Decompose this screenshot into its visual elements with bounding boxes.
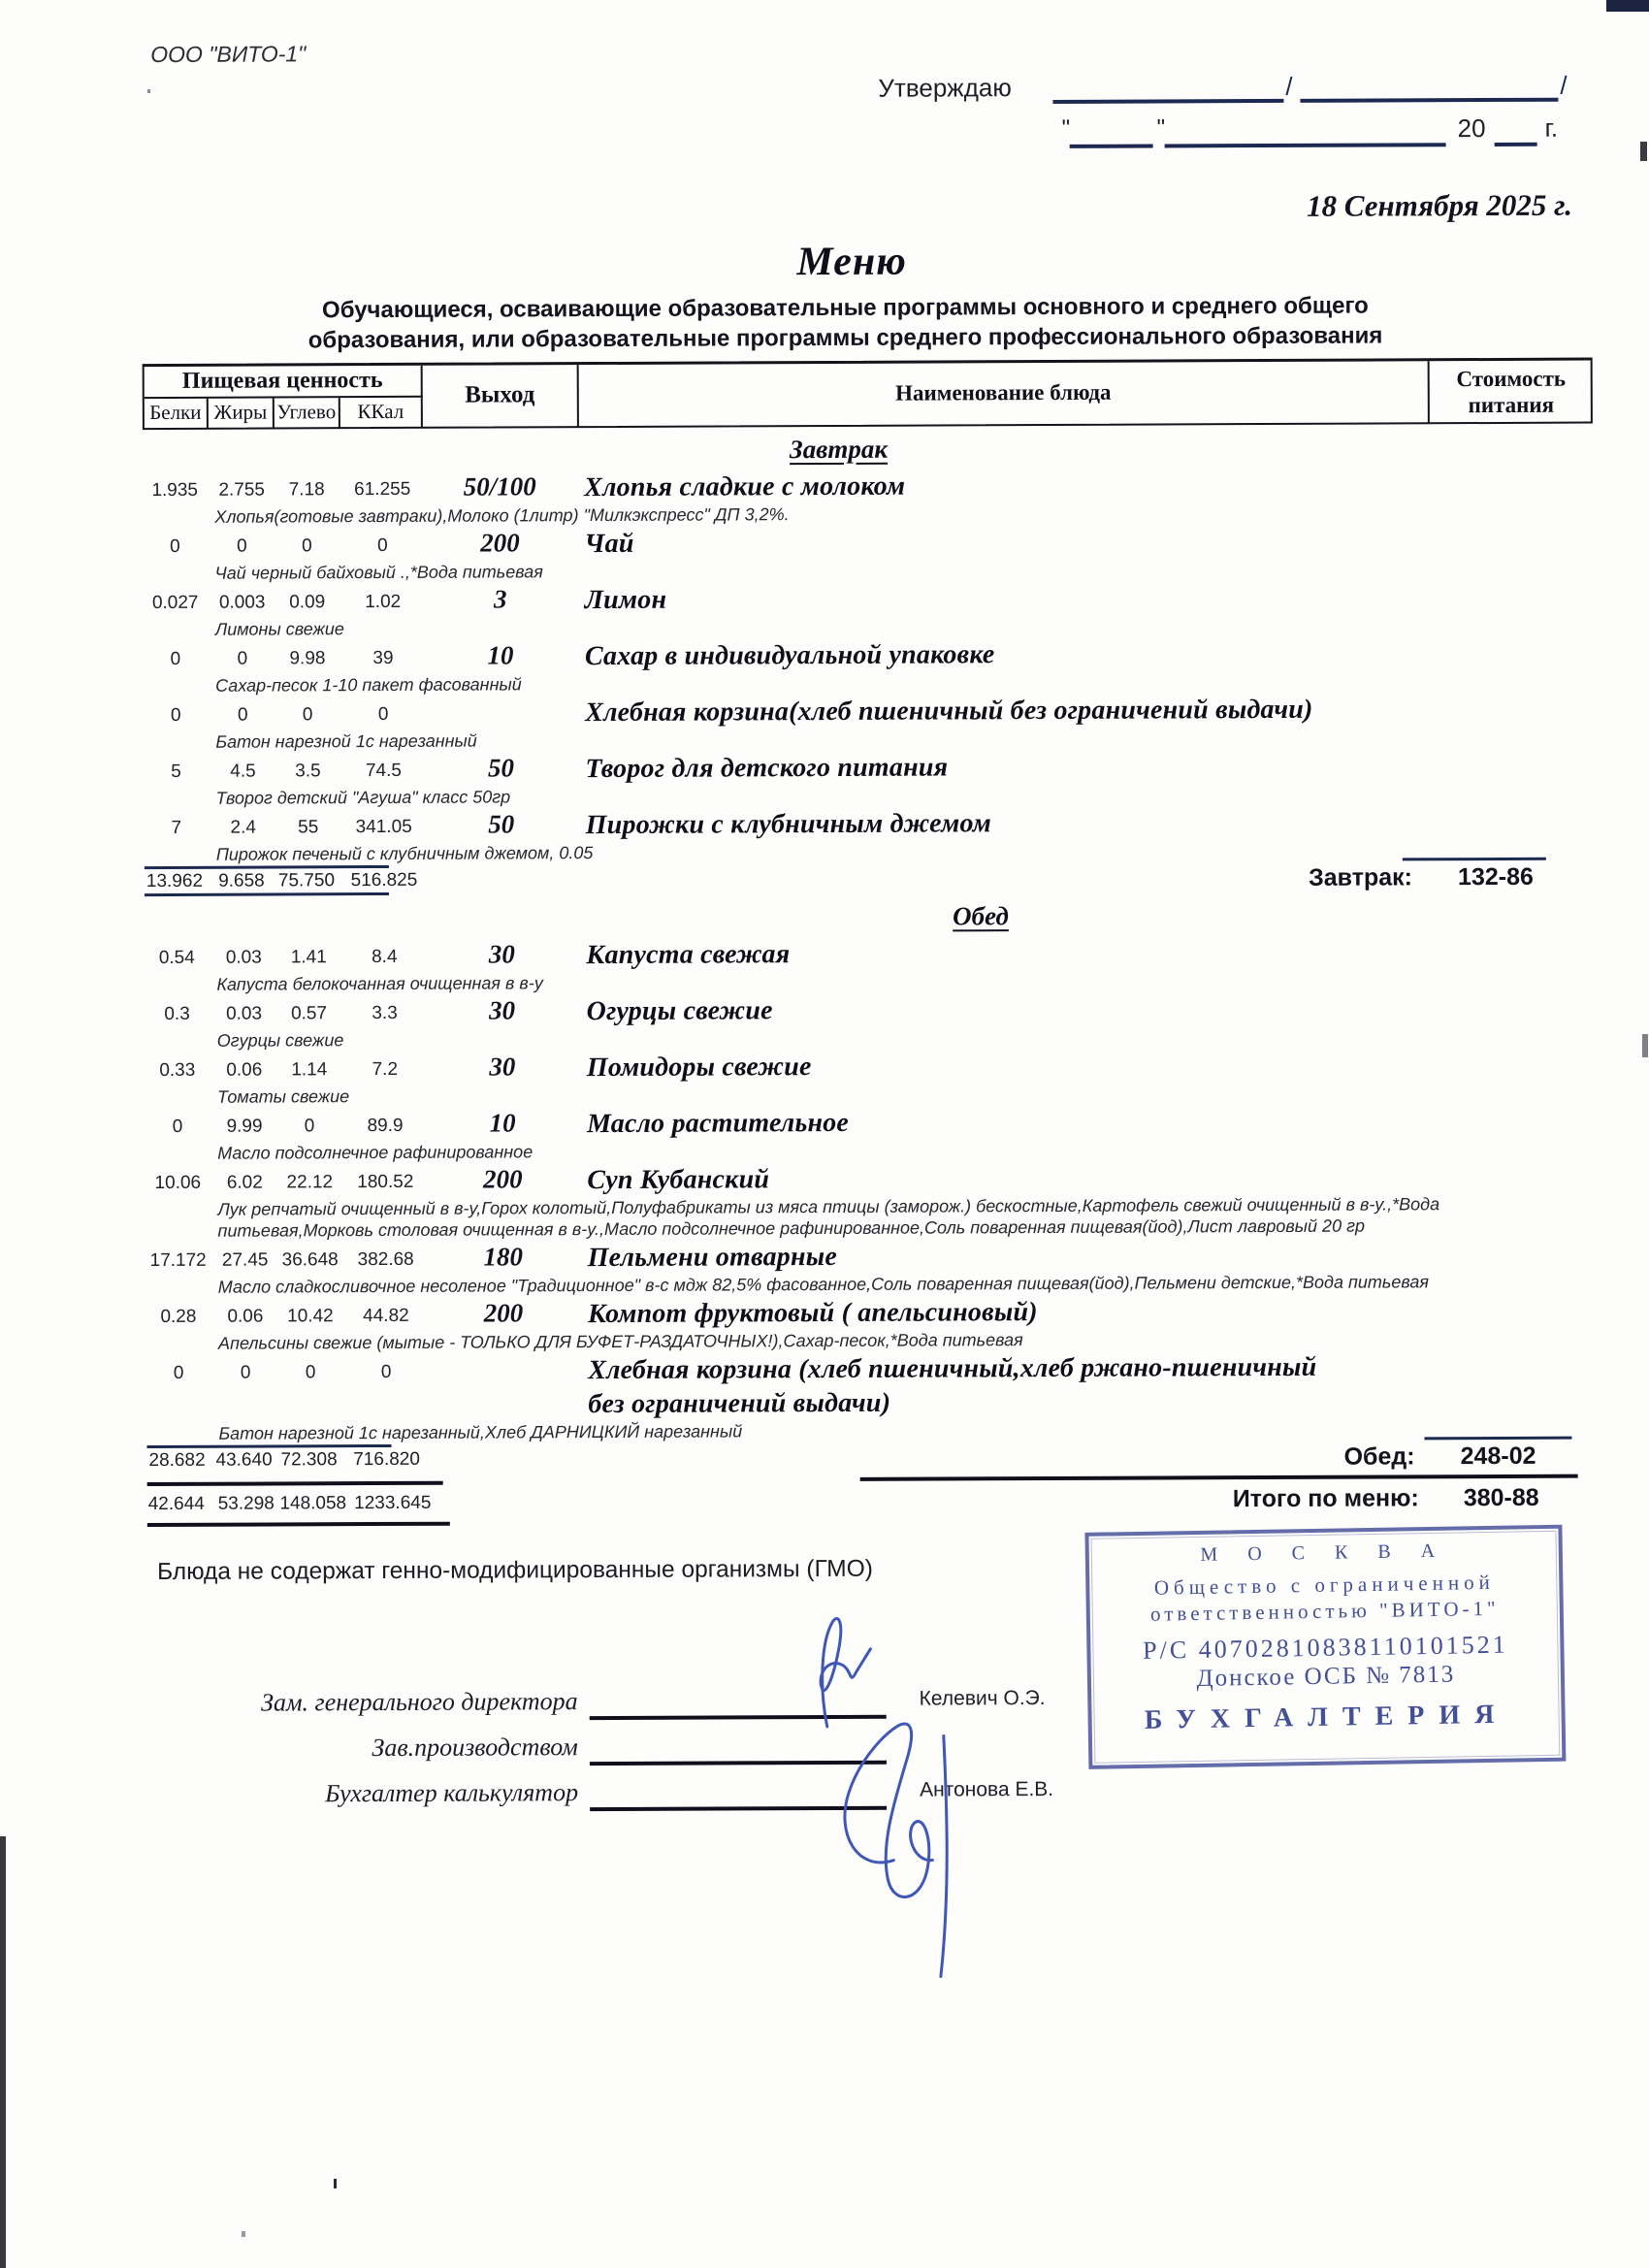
portion-value: 30 bbox=[425, 995, 578, 1026]
grand-totals-rule bbox=[147, 1522, 450, 1527]
carbs-value: 7.18 bbox=[275, 479, 339, 501]
carbs-value: 10.42 bbox=[278, 1306, 342, 1327]
kcal-value: 180.52 bbox=[342, 1172, 428, 1193]
column-dish-name: Наименование блюда bbox=[579, 361, 1430, 427]
column-portion: Выход bbox=[423, 365, 579, 428]
kcal-value: 44.82 bbox=[343, 1306, 429, 1327]
scan-artifact bbox=[0, 1836, 6, 2268]
section-title-lunch: Обед bbox=[4, 896, 1649, 938]
kcal-value: 89.9 bbox=[342, 1116, 428, 1137]
protein-value: 0 bbox=[146, 1363, 210, 1384]
breakfast-total-carbs: 75.750 bbox=[275, 870, 339, 891]
dish-row: 0 0 0 0 Хлебная корзина (хлеб пшеничный,… bbox=[6, 1348, 1649, 1445]
dish-name: Масло растительное bbox=[587, 1103, 1499, 1141]
carbs-value: 1.14 bbox=[277, 1059, 341, 1081]
lunch-total-protein: 28.682 bbox=[145, 1450, 210, 1472]
lunch-totals-row: 28.682 43.640 72.308 716.820 Обед: 248-0… bbox=[6, 1439, 1649, 1474]
dish-row: 10.06 6.02 22.12 180.52 200 Суп Кубански… bbox=[5, 1158, 1649, 1243]
totals-rule bbox=[145, 892, 389, 896]
protein-value: 0 bbox=[145, 1117, 210, 1138]
dish-row: 0.28 0.06 10.42 44.82 200 Компот фруктов… bbox=[6, 1292, 1649, 1355]
dish-row: 0 0 0 0 Хлебная корзина(хлеб пшеничный б… bbox=[3, 691, 1649, 754]
fat-value: 0.03 bbox=[211, 947, 275, 968]
protein-value: 10.06 bbox=[145, 1173, 210, 1194]
carbs-value: 22.12 bbox=[277, 1172, 341, 1193]
protein-value: 17.172 bbox=[146, 1250, 210, 1272]
kcal-value: 0 bbox=[340, 704, 426, 726]
scan-artifact bbox=[1606, 0, 1649, 12]
fat-value: 0 bbox=[210, 704, 275, 726]
dish-name: Хлопья сладкие с молоком bbox=[584, 467, 1496, 504]
signatures-block: Зам. генерального директора Келевич О.Э.… bbox=[8, 1681, 1076, 1823]
protein-value: 0 bbox=[143, 536, 207, 558]
cost-rule bbox=[1424, 1437, 1571, 1441]
carbs-value: 0.09 bbox=[275, 592, 339, 613]
protein-value: 5 bbox=[144, 761, 208, 783]
totals-rule bbox=[145, 865, 389, 869]
stamp-department: БУХГАЛТЕРИЯ bbox=[1091, 1699, 1561, 1737]
grand-total-label: Итого по меню: bbox=[1031, 1484, 1419, 1514]
dish-name: Капуста свежая bbox=[586, 934, 1498, 972]
scan-artifact bbox=[147, 89, 150, 93]
dish-row: 0.027 0.003 0.09 1.02 3 Лимон Лимоны све… bbox=[3, 578, 1649, 641]
carbs-value: 0 bbox=[275, 704, 339, 726]
approve-label: Утверждаю bbox=[878, 73, 1012, 104]
fat-value: 0 bbox=[210, 648, 275, 669]
menu-table-header: Пищевая ценность Белки Жиры Углево ККал … bbox=[143, 358, 1593, 431]
fat-value: 0.06 bbox=[213, 1306, 277, 1327]
protein-value: 0.28 bbox=[146, 1307, 210, 1328]
company-name: ООО "ВИТО-1" bbox=[150, 41, 306, 68]
dish-name: Хлебная корзина (хлеб пшеничный,хлеб ржа… bbox=[588, 1349, 1500, 1421]
scan-artifact bbox=[1640, 142, 1647, 161]
column-cost: Стоимость питания bbox=[1430, 361, 1593, 424]
fat-value: 4.5 bbox=[210, 761, 275, 782]
menu-document-page: ООО "ВИТО-1" Утверждаю / / " " 20 г. 18 … bbox=[0, 0, 1649, 2268]
breakfast-total-protein: 13.962 bbox=[143, 871, 207, 892]
dish-name: Творог для детского питания bbox=[585, 748, 1497, 786]
fat-value: 0 bbox=[213, 1362, 277, 1383]
date-quote-mark: " bbox=[1062, 115, 1071, 143]
kcal-value: 61.255 bbox=[339, 479, 425, 501]
year-prefix: 20 bbox=[1458, 113, 1486, 144]
gmo-note: Блюда не содержат генно-модифицированные… bbox=[157, 1556, 873, 1586]
stamp-org-line1: Общество с ограниченной bbox=[1089, 1570, 1559, 1602]
carbs-value: 36.648 bbox=[278, 1249, 342, 1271]
approve-blank-line bbox=[1300, 98, 1558, 103]
accounting-stamp: М О С К В А Общество с ограниченной отве… bbox=[1084, 1525, 1566, 1769]
protein-value: 7 bbox=[145, 818, 209, 839]
dish-row: 0 9.99 0 89.9 10 Масло растительное Масл… bbox=[5, 1102, 1649, 1165]
year-blank-line bbox=[1495, 143, 1537, 146]
signature-title: Зав.производством bbox=[8, 1733, 578, 1765]
kcal-value: 74.5 bbox=[340, 761, 426, 782]
portion-value: 10 bbox=[424, 640, 577, 671]
subtitle-line-2: образования, или образовательные програм… bbox=[146, 320, 1543, 356]
kcal-value: 7.2 bbox=[342, 1059, 428, 1081]
portion-value: 3 bbox=[424, 584, 577, 615]
protein-value: 0 bbox=[144, 705, 208, 727]
protein-value: 0 bbox=[144, 649, 208, 670]
carbs-value: 0 bbox=[275, 535, 339, 557]
approve-slash: / bbox=[1285, 72, 1292, 102]
column-nutrition: Пищевая ценность bbox=[145, 366, 423, 399]
portion-value: 30 bbox=[426, 1052, 579, 1083]
fat-value: 6.02 bbox=[212, 1172, 276, 1193]
column-fat: Жиры bbox=[209, 398, 275, 428]
section-title-breakfast: Завтрак bbox=[2, 429, 1649, 470]
carbs-value: 1.41 bbox=[276, 947, 340, 968]
kcal-value: 3.3 bbox=[342, 1003, 428, 1024]
scan-artifact bbox=[1642, 1034, 1648, 1057]
dish-ingredients: Лук репчатый очищенный в в-у,Горох колот… bbox=[217, 1193, 1551, 1242]
menu-body: Завтрак 1.935 2.755 7.18 61.255 50/100 Х… bbox=[2, 429, 1649, 1533]
fat-value: 0.003 bbox=[210, 592, 275, 613]
breakfast-rows: 1.935 2.755 7.18 61.255 50/100 Хлопья сл… bbox=[2, 466, 1649, 866]
portion-value: 200 bbox=[423, 528, 576, 559]
dish-name: Хлебная корзина(хлеб пшеничный без огран… bbox=[585, 692, 1497, 729]
dish-name: Помидоры свежие bbox=[587, 1047, 1499, 1085]
dish-row: 0 0 0 0 200 Чай Чай черный байховый .,*В… bbox=[2, 522, 1649, 585]
lunch-cost-value: 248-02 bbox=[1424, 1442, 1571, 1472]
dish-row: 17.172 27.45 36.648 382.68 180 Пельмени … bbox=[6, 1236, 1649, 1299]
carbs-value: 9.98 bbox=[275, 648, 339, 669]
year-suffix: г. bbox=[1545, 113, 1559, 144]
dish-row: 0.33 0.06 1.14 7.2 30 Помидоры свежие То… bbox=[5, 1046, 1649, 1109]
dish-name: Пирожки с клубничным джемом bbox=[586, 804, 1498, 842]
grand-total-rule bbox=[860, 1474, 1578, 1481]
document-subtitle: Обучающиеся, осваивающие образовательные… bbox=[146, 290, 1543, 356]
dish-name: Огурцы свежие bbox=[586, 990, 1498, 1028]
protein-value: 0.3 bbox=[145, 1004, 210, 1025]
approve-slash: / bbox=[1560, 71, 1567, 101]
signature-title: Зам. генерального директора bbox=[8, 1687, 578, 1719]
kcal-value: 0 bbox=[339, 535, 425, 557]
dish-name: Пельмени отварные bbox=[588, 1237, 1500, 1275]
fat-value: 2.4 bbox=[211, 817, 275, 838]
totals-rule bbox=[146, 1444, 391, 1448]
grand-totals-rule bbox=[147, 1481, 443, 1486]
dish-name: Суп Кубанский bbox=[587, 1159, 1499, 1197]
breakfast-total-fat: 9.658 bbox=[210, 870, 274, 891]
signature-row: Бухгалтер калькулятор Антонова Е.В. bbox=[8, 1772, 1075, 1823]
date-blank-line bbox=[1070, 145, 1153, 148]
dish-row: 0.54 0.03 1.41 8.4 30 Капуста свежая Кап… bbox=[4, 933, 1649, 996]
portion-value: 200 bbox=[427, 1298, 580, 1329]
protein-value: 0.027 bbox=[144, 593, 208, 614]
portion-value bbox=[424, 697, 577, 697]
dish-row: 5 4.5 3.5 74.5 50 Творог для детского пи… bbox=[3, 747, 1649, 810]
signature-blank-line bbox=[590, 1761, 887, 1766]
kcal-value: 39 bbox=[340, 648, 426, 669]
portion-value: 10 bbox=[426, 1108, 579, 1139]
document-content: ООО "ВИТО-1" Утверждаю / / " " 20 г. 18 … bbox=[0, 0, 1649, 2268]
carbs-value: 0.57 bbox=[277, 1003, 341, 1024]
kcal-value: 8.4 bbox=[341, 947, 427, 968]
carbs-value: 55 bbox=[276, 817, 340, 838]
column-kcal: ККал bbox=[340, 398, 423, 428]
lunch-total-kcal: 716.820 bbox=[342, 1449, 432, 1471]
signature-blank-line bbox=[590, 1715, 887, 1720]
signature-title: Бухгалтер калькулятор bbox=[8, 1778, 578, 1810]
signature-row: Зав.производством bbox=[8, 1727, 1075, 1777]
portion-value: 50 bbox=[424, 753, 577, 784]
carbs-value: 3.5 bbox=[275, 761, 339, 782]
fat-value: 27.45 bbox=[213, 1249, 277, 1271]
protein-value: 0.54 bbox=[145, 948, 209, 969]
dish-name: Чай bbox=[584, 523, 1496, 561]
portion-value: 200 bbox=[426, 1164, 579, 1195]
grand-total-value: 380-88 bbox=[1429, 1484, 1574, 1513]
stamp-org-line2: ответственностью "ВИТО-1" bbox=[1090, 1596, 1560, 1628]
kcal-value: 0 bbox=[343, 1362, 429, 1383]
carbs-value: 0 bbox=[278, 1362, 342, 1383]
breakfast-cost-value: 132-86 bbox=[1422, 863, 1569, 892]
kcal-value: 382.68 bbox=[343, 1249, 429, 1271]
date-quote-mark: " bbox=[1157, 114, 1166, 142]
portion-value: 50 bbox=[425, 809, 578, 840]
grand-total-fat: 53.298 bbox=[212, 1493, 280, 1514]
fat-value: 2.755 bbox=[210, 479, 274, 501]
scan-artifact bbox=[242, 2231, 245, 2237]
signature-blank-line bbox=[590, 1806, 887, 1811]
scan-artifact bbox=[334, 2179, 337, 2188]
page-title: Меню bbox=[1, 235, 1649, 288]
kcal-value: 1.02 bbox=[340, 592, 426, 613]
grand-total-protein: 42.644 bbox=[143, 1494, 210, 1515]
dish-name: Лимон bbox=[585, 579, 1497, 617]
grand-total-carbs: 148.058 bbox=[279, 1493, 347, 1514]
lunch-rows: 0.54 0.03 1.41 8.4 30 Капуста свежая Кап… bbox=[4, 933, 1649, 1445]
lunch-total-carbs: 72.308 bbox=[277, 1449, 341, 1471]
lunch-total-fat: 43.640 bbox=[212, 1449, 276, 1471]
grand-total-kcal: 1233.645 bbox=[348, 1493, 437, 1514]
fat-value: 0.06 bbox=[212, 1059, 276, 1081]
grand-total-row: 42.644 53.298 148.058 1233.645 Итого по … bbox=[7, 1474, 1649, 1533]
column-protein: Белки bbox=[145, 399, 209, 429]
dish-row: 0.3 0.03 0.57 3.3 30 Огурцы свежие Огурц… bbox=[4, 989, 1649, 1053]
date-blank-line bbox=[1165, 143, 1446, 147]
signature-row: Зам. генерального директора Келевич О.Э. bbox=[8, 1681, 1075, 1732]
signatory-name: Антонова Е.В. bbox=[920, 1778, 1053, 1802]
protein-value: 0.33 bbox=[145, 1060, 210, 1082]
column-carbs: Углево bbox=[275, 398, 340, 428]
breakfast-total-kcal: 516.825 bbox=[339, 870, 429, 891]
document-date: 18 Сентября 2025 г. bbox=[1307, 188, 1572, 224]
approve-blank-line bbox=[1052, 99, 1283, 104]
fat-value: 0.03 bbox=[212, 1003, 276, 1024]
portion-value: 30 bbox=[425, 939, 578, 970]
kcal-value: 341.05 bbox=[341, 817, 427, 838]
dish-row: 0 0 9.98 39 10 Сахар в индивидуальной уп… bbox=[3, 634, 1649, 697]
dish-name: Сахар в индивидуальной упаковке bbox=[585, 635, 1497, 673]
stamp-city: М О С К В А bbox=[1089, 1539, 1559, 1569]
protein-value: 1.935 bbox=[143, 480, 207, 502]
lunch-cost-label: Обед: bbox=[1123, 1442, 1414, 1472]
stamp-bank-branch: Донское ОСБ № 7813 bbox=[1091, 1660, 1561, 1695]
fat-value: 0 bbox=[210, 535, 274, 557]
carbs-value: 0 bbox=[277, 1116, 341, 1137]
stamp-account-number: Р/С 40702810838110101521 bbox=[1090, 1630, 1560, 1667]
portion-value bbox=[427, 1354, 580, 1355]
signatory-name: Келевич О.Э. bbox=[920, 1687, 1046, 1711]
cost-rule bbox=[1403, 858, 1546, 861]
dish-row: 1.935 2.755 7.18 61.255 50/100 Хлопья сл… bbox=[2, 466, 1649, 529]
fat-value: 9.99 bbox=[212, 1116, 276, 1137]
portion-value: 50/100 bbox=[423, 471, 576, 502]
breakfast-totals-row: 13.962 9.658 75.750 516.825 Завтрак: 132… bbox=[4, 859, 1649, 895]
breakfast-cost-label: Завтрак: bbox=[1121, 863, 1412, 892]
portion-value: 180 bbox=[427, 1242, 580, 1273]
dish-name: Компот фруктовый ( апельсиновый) bbox=[588, 1293, 1500, 1331]
